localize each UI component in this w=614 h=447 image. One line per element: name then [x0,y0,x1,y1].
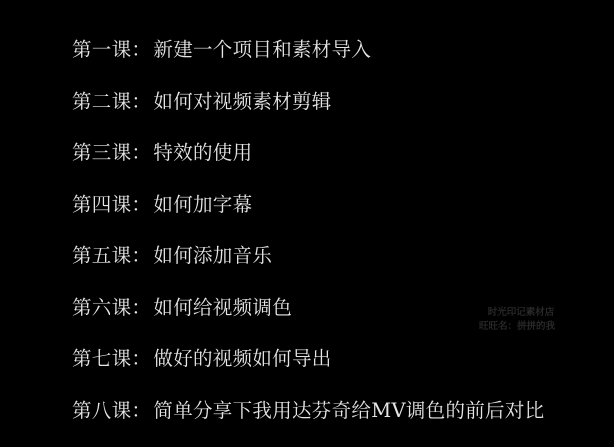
lesson-item-6: 第六课：如何给视频调色 [72,294,544,346]
lesson-number: 第六课 [72,294,131,322]
lesson-item-2: 第二课：如何对视频素材剪辑 [72,88,544,140]
lesson-title: 新建一个项目和素材导入 [153,38,371,61]
lesson-number: 第一课 [72,36,131,64]
lesson-separator: ： [131,36,153,64]
lesson-list: 第一课：新建一个项目和素材导入 第二课：如何对视频素材剪辑 第三课：特效的使用 … [72,36,544,447]
lesson-number: 第八课 [72,397,131,425]
lesson-title: 如何给视频调色 [153,296,292,319]
lesson-separator: ： [131,191,153,219]
lesson-number: 第五课 [72,242,131,270]
watermark-shop-name: 时光印记素材店 [479,306,555,320]
lesson-separator: ： [131,88,153,116]
lesson-number: 第七课 [72,345,131,373]
lesson-item-1: 第一课：新建一个项目和素材导入 [72,36,544,88]
lesson-item-8: 第八课：简单分享下我用达芬奇给MV调色的前后对比 [72,397,544,447]
lesson-item-3: 第三课：特效的使用 [72,139,544,191]
lesson-number: 第三课 [72,139,131,167]
shop-watermark: 时光印记素材店 旺旺名：拼拼的我 [479,306,555,334]
lesson-item-4: 第四课：如何加字幕 [72,191,544,243]
lesson-title: 做好的视频如何导出 [153,347,331,370]
lesson-title: 如何对视频素材剪辑 [153,90,331,113]
lesson-title: 简单分享下我用达芬奇给MV调色的前后对比 [153,399,544,422]
lesson-separator: ： [131,294,153,322]
lesson-separator: ： [131,242,153,270]
lesson-title: 如何添加音乐 [153,244,272,267]
lesson-title: 如何加字幕 [153,193,252,216]
watermark-seller-name: 旺旺名：拼拼的我 [479,320,555,334]
lesson-separator: ： [131,397,153,425]
lesson-item-7: 第七课：做好的视频如何导出 [72,345,544,397]
lesson-item-5: 第五课：如何添加音乐 [72,242,544,294]
lesson-separator: ： [131,139,153,167]
lesson-title: 特效的使用 [153,141,252,164]
lesson-number: 第二课 [72,88,131,116]
lesson-separator: ： [131,345,153,373]
lesson-number: 第四课 [72,191,131,219]
